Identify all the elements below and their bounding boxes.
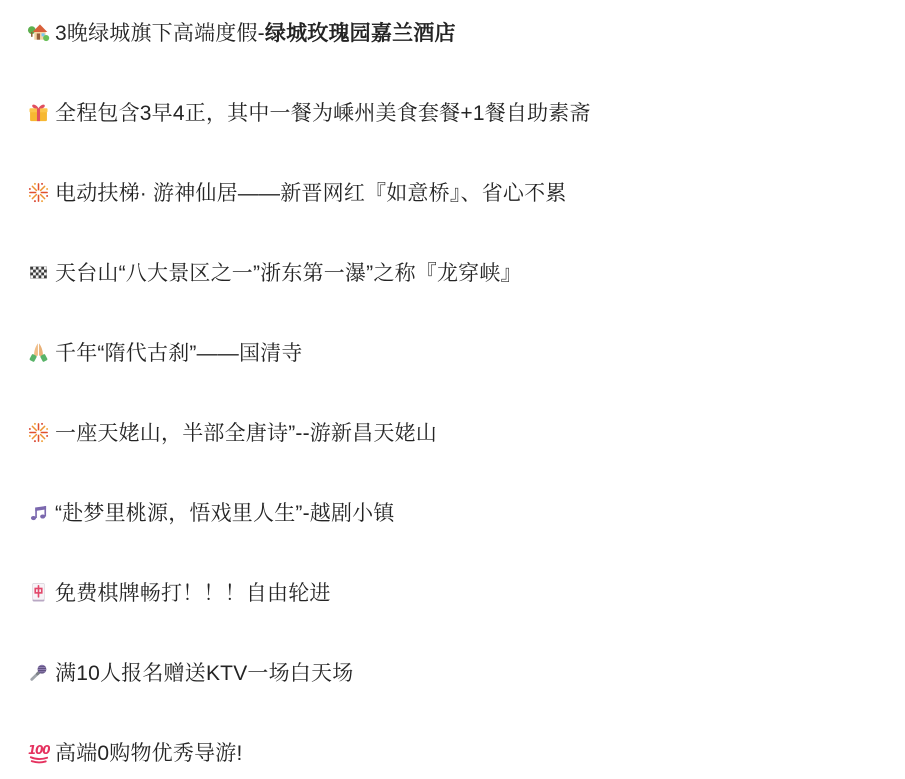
line-text: 电动扶梯· 游神仙居——新晋网红『如意桥』、省心不累 — [55, 177, 567, 207]
line-text: 一座天姥山，半部全唐诗”--游新昌天姥山 — [55, 417, 437, 447]
line-text: 高端0购物优秀导游! — [55, 737, 243, 767]
fireworks-icon — [27, 181, 50, 204]
highlight-line-hotel: 3晚绿城旗下高端度假- 绿城玫瑰园嘉兰酒店 — [27, 17, 895, 47]
fireworks-icon — [27, 421, 50, 444]
microphone-icon — [27, 661, 50, 684]
svg-text:100: 100 — [28, 742, 50, 756]
line-text: “赴梦里桃源，悟戏里人生”-越剧小镇 — [55, 497, 395, 527]
highlight-line-guide: 100 高端0购物优秀导游! — [27, 737, 895, 767]
highlight-line-tianmu-mountain: 一座天姥山，半部全唐诗”--游新昌天姥山 — [27, 417, 895, 447]
highlight-line-tiantai: 天台山“八大景区之一”浙东第一瀑”之称『龙穿峡』 — [27, 257, 895, 287]
gift-icon — [27, 101, 50, 124]
line-text: 免费棋牌畅打！！！自由轮进 — [55, 577, 331, 607]
chequered-flag-icon — [27, 261, 50, 284]
highlight-line-ktv: 满10人报名赠送KTV一场白天场 — [27, 657, 895, 687]
hundred-points-icon: 100 — [27, 741, 50, 764]
line-text: 千年“隋代古刹”——国清寺 — [55, 337, 303, 367]
highlight-line-meals: 全程包含3早4正，其中一餐为嵊州美食套餐+1餐自助素斋 — [27, 97, 895, 127]
house-with-garden-icon — [27, 21, 50, 44]
line-text: 全程包含3早4正，其中一餐为嵊州美食套餐+1餐自助素斋 — [55, 97, 591, 127]
line-text: 3晚绿城旗下高端度假- — [55, 17, 265, 47]
mahjong-tile-icon — [27, 581, 50, 604]
line-text: 天台山“八大景区之一”浙东第一瀑”之称『龙穿峡』 — [55, 257, 522, 287]
article-body: 3晚绿城旗下高端度假- 绿城玫瑰园嘉兰酒店 全程包含3早4正，其中一餐为嵊州美食… — [0, 0, 905, 779]
highlight-line-guoqing-temple: 千年“隋代古刹”——国清寺 — [27, 337, 895, 367]
highlight-line-opera-town: “赴梦里桃源，悟戏里人生”-越剧小镇 — [27, 497, 895, 527]
folded-hands-icon — [27, 341, 50, 364]
hotel-name-bold: 绿城玫瑰园嘉兰酒店 — [265, 17, 456, 47]
highlight-line-mahjong: 免费棋牌畅打！！！自由轮进 — [27, 577, 895, 607]
highlight-line-escalator: 电动扶梯· 游神仙居——新晋网红『如意桥』、省心不累 — [27, 177, 895, 207]
musical-notes-icon — [27, 501, 50, 524]
line-text: 满10人报名赠送KTV一场白天场 — [55, 657, 353, 687]
